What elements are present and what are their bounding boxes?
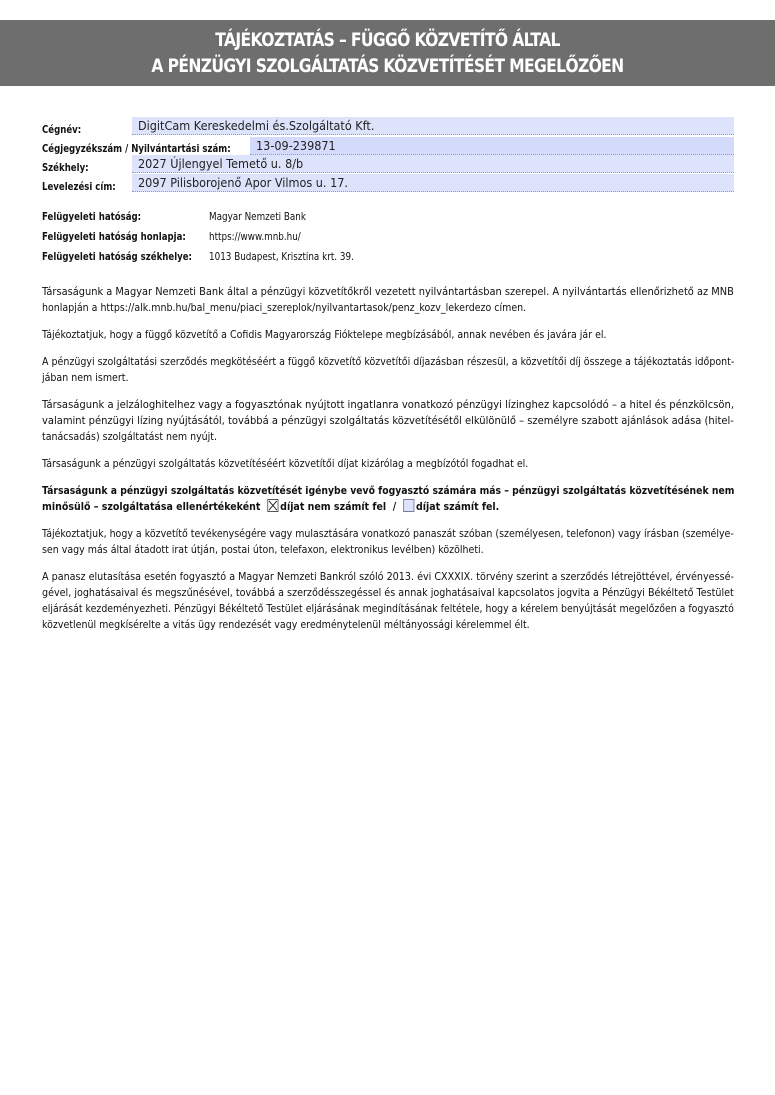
company-name-input[interactable]: DigitCam Kereskedelmi és.Szolgáltató Kft… xyxy=(132,117,734,135)
document-title-banner: TÁJÉKOZTATÁS – FÜGGŐ KÖZVETÍTŐ ÁLTAL A P… xyxy=(0,20,775,86)
supervisor-label: Felügyeleti hatóság: xyxy=(42,210,141,223)
title-line-2: A PÉNZÜGYI SZOLGÁLTATÁS KÖZVETÍTÉSÉT MEG… xyxy=(70,53,706,79)
no-fee-checkbox[interactable] xyxy=(267,499,278,512)
paragraph-advisory: Társaságunk a jelzáloghitelhez vagy a fo… xyxy=(42,397,734,445)
supervisor-label: Felügyeleti hatóság székhelye: xyxy=(42,250,192,263)
headquarters-input[interactable]: 2027 Újlengyel Temető u. 8/b xyxy=(132,155,734,173)
title-line-1: TÁJÉKOZTATÁS – FÜGGŐ KÖZVETÍTŐ ÁLTAL xyxy=(70,27,706,53)
field-headquarters: Székhely: 2027 Újlengyel Temető u. 8/b xyxy=(42,155,734,174)
supervisor-value: 1013 Budapest, Krisztina krt. 39. xyxy=(209,250,354,263)
fee-label: díjat számít fel. xyxy=(416,500,499,513)
paragraph-registry: Társaságunk a Magyar Nemzeti Bank által … xyxy=(42,284,734,316)
supervisor-label: Felügyeleti hatóság honlapja: xyxy=(42,230,186,243)
field-company-name: Cégnév: DigitCam Kereskedelmi és.Szolgál… xyxy=(42,117,734,136)
fee-choice-line: minősülő – szolgáltatása ellenértékeként… xyxy=(42,499,637,515)
paragraph-dispute: A panasz elutasítása esetén fogyasztó a … xyxy=(42,569,734,633)
document-body: Társaságunk a Magyar Nemzeti Bank által … xyxy=(42,284,734,644)
company-fields: Cégnév: DigitCam Kereskedelmi és.Szolgál… xyxy=(42,117,734,193)
field-label: Levelezési cím: xyxy=(42,180,116,193)
paragraph-fee-source: Társaságunk a pénzügyi szolgáltatás közv… xyxy=(42,456,734,472)
paragraph-complaint: Tájékoztatjuk, hogy a közvetítő tevékeny… xyxy=(42,526,734,558)
supervisory-authority-info: Felügyeleti hatóság: Magyar Nemzeti Bank… xyxy=(42,208,542,268)
paragraph-consumer-fee: Társaságunk a pénzügyi szolgáltatás közv… xyxy=(42,483,734,515)
mailing-address-input[interactable]: 2097 Pilisborojenő Apor Vilmos u. 17. xyxy=(132,174,734,192)
registration-number-input[interactable]: 13-09-239871 xyxy=(250,137,734,155)
supervisor-row: Felügyeleti hatóság: Magyar Nemzeti Bank xyxy=(42,208,542,228)
separator: / xyxy=(393,500,396,513)
field-mailing-address: Levelezési cím: 2097 Pilisborojenő Apor … xyxy=(42,174,734,193)
no-fee-label: díjat nem számít fel xyxy=(280,500,386,513)
supervisor-website-row: Felügyeleti hatóság honlapja: https://ww… xyxy=(42,228,542,248)
field-label: Székhely: xyxy=(42,161,89,174)
field-label: Cégnév: xyxy=(42,123,81,136)
supervisor-address-row: Felügyeleti hatóság székhelye: 1013 Buda… xyxy=(42,248,542,268)
fee-checkbox[interactable] xyxy=(403,499,414,512)
field-label: Cégjegyzékszám / Nyilvántartási szám: xyxy=(42,142,231,155)
supervisor-value: Magyar Nemzeti Bank xyxy=(209,210,306,223)
supervisor-website-link[interactable]: https://www.mnb.hu/ xyxy=(209,230,301,243)
paragraph-fee: A pénzügyi szolgáltatási szerződés megkö… xyxy=(42,354,734,386)
paragraph-agent-role: Tájékoztatjuk, hogy a függő közvetítő a … xyxy=(42,327,734,343)
field-registration-number: Cégjegyzékszám / Nyilvántartási szám: 13… xyxy=(42,136,734,155)
